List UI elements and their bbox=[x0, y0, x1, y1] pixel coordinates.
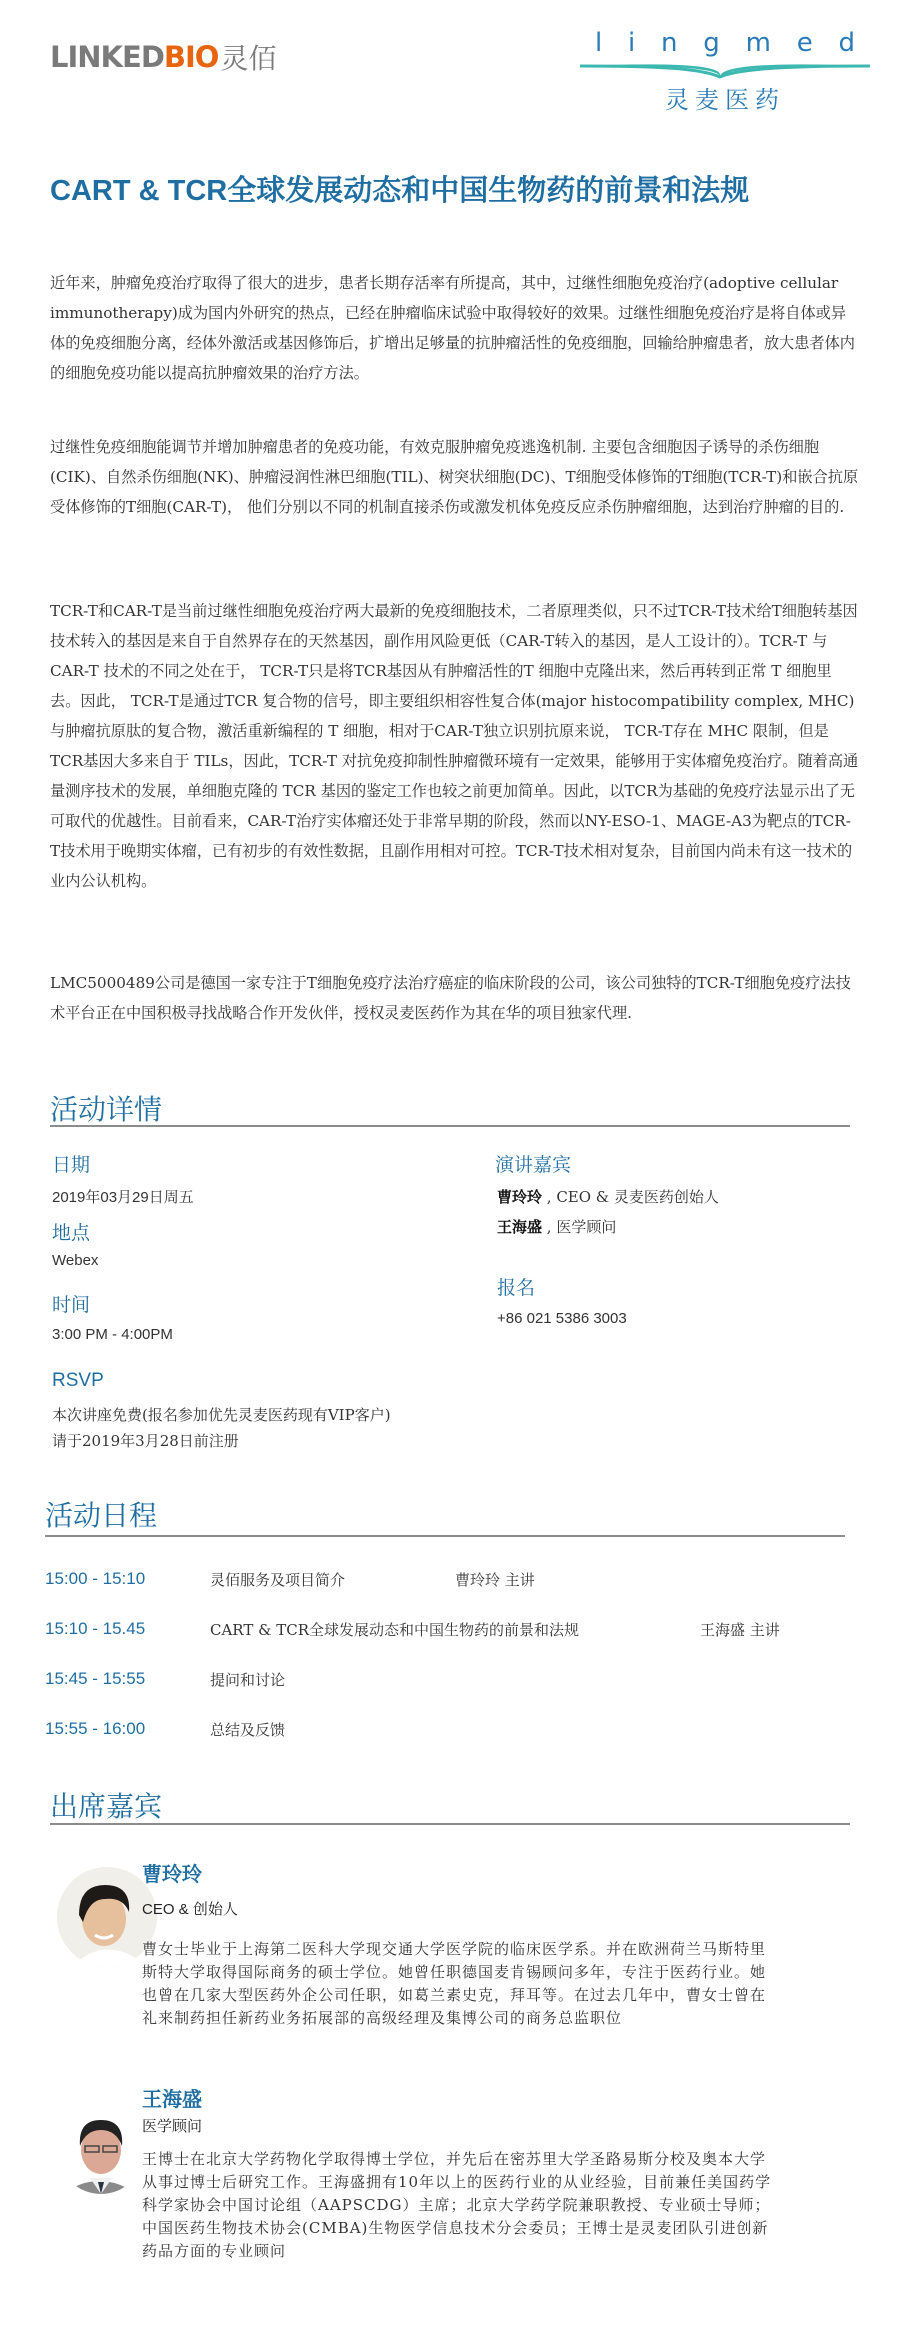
register-label: 报名 bbox=[497, 1273, 535, 1300]
schedule-topic: 灵佰服务及项目简介 bbox=[210, 1569, 345, 1590]
schedule-speaker: 曹玲玲 主讲 bbox=[455, 1569, 535, 1590]
speaker-item: 王海盛 , 医学顾问 bbox=[497, 1216, 616, 1237]
intro-paragraph-3: TCR-T和CAR-T是当前过继性细胞免疫治疗两大最新的免疫细胞技术，二者原理类… bbox=[50, 596, 860, 896]
person-photo-icon bbox=[58, 2108, 144, 2194]
rsvp-label: RSVP bbox=[52, 1370, 104, 1392]
schedule-row: 15:55 - 16:00 总结及反馈 bbox=[45, 1717, 285, 1741]
rsvp-line-1: 本次讲座免费(报名参加优先灵麦医药现有VIP客户) bbox=[52, 1404, 391, 1425]
lingmed-swoosh-icon bbox=[575, 60, 875, 82]
schedule-row: 15:00 - 15:10 灵佰服务及项目简介 曹玲玲 主讲 bbox=[45, 1567, 345, 1591]
schedule-time: 15:55 - 16:00 bbox=[45, 1719, 210, 1739]
intro-paragraph-2: 过继性免疫细胞能调节并增加肿瘤患者的免疫功能，有效克服肿瘤免疫逃逸机制. 主要包… bbox=[50, 432, 860, 522]
page-title: CART & TCR全球发展动态和中国生物药的前景和法规 bbox=[50, 168, 749, 209]
logo-cn-text: 灵佰 bbox=[220, 37, 276, 77]
details-section-title: 活动详情 bbox=[50, 1088, 162, 1128]
guest-bio: 曹女士毕业于上海第二医科大学现交通大学医学院的临床医学系。并在欧洲荷兰马斯特里斯… bbox=[142, 1938, 777, 2030]
guest-role: 医学顾问 bbox=[142, 2115, 202, 2136]
date-label: 日期 bbox=[52, 1150, 90, 1177]
lingmed-letters: l i n g m e d bbox=[595, 28, 855, 58]
date-value: 2019年03月29日周五 bbox=[52, 1186, 194, 1207]
speaker-role: , 医学顾问 bbox=[542, 1218, 616, 1236]
intro-paragraph-1: 近年来，肿瘤免疫治疗取得了很大的进步，患者长期存活率有所提高，其中，过继性细胞免… bbox=[50, 268, 860, 388]
schedule-topic: 提问和讨论 bbox=[210, 1669, 285, 1690]
schedule-time: 15:10 - 15.45 bbox=[45, 1619, 210, 1639]
rsvp-line-2: 请于2019年3月28日前注册 bbox=[52, 1430, 239, 1451]
schedule-row: 15:45 - 15:55 提问和讨论 bbox=[45, 1667, 285, 1691]
speaker-name: 曹玲玲 bbox=[497, 1188, 542, 1206]
guests-section-title: 出席嘉宾 bbox=[50, 1785, 162, 1825]
schedule-divider bbox=[45, 1535, 845, 1537]
guest-bio: 王博士在北京大学药物化学取得博士学位，并先后在密苏里大学圣路易斯分校及奥本大学从… bbox=[142, 2148, 777, 2263]
speaker-name: 王海盛 bbox=[497, 1218, 542, 1236]
schedule-section-title: 活动日程 bbox=[45, 1494, 157, 1534]
avatar-wang-haisheng bbox=[58, 2108, 144, 2194]
intro-paragraph-4: LMC5000489公司是德国一家专注于T细胞免疫疗法治疗癌症的临床阶段的公司，… bbox=[50, 968, 860, 1028]
lingmed-cn-text: 灵麦医药 bbox=[575, 80, 875, 115]
details-divider bbox=[50, 1125, 850, 1127]
linkedbio-logo: LINKED BIO 灵佰 bbox=[50, 40, 276, 74]
speaker-role: , CEO & 灵麦医药创始人 bbox=[542, 1188, 719, 1206]
schedule-speaker: 王海盛 主讲 bbox=[700, 1619, 780, 1640]
location-label: 地点 bbox=[52, 1218, 90, 1245]
schedule-topic: 总结及反馈 bbox=[210, 1719, 285, 1740]
logo-linked-text: LINKED bbox=[50, 40, 164, 74]
guests-divider bbox=[50, 1823, 850, 1825]
lingmed-logo: l i n g m e d 灵麦医药 bbox=[575, 28, 875, 118]
schedule-topic: CART & TCR全球发展动态和中国生物药的前景和法规 bbox=[210, 1619, 579, 1640]
speakers-label: 演讲嘉宾 bbox=[495, 1150, 571, 1177]
speaker-item: 曹玲玲 , CEO & 灵麦医药创始人 bbox=[497, 1186, 719, 1207]
guest-name: 曹玲玲 bbox=[142, 1858, 202, 1887]
schedule-time: 15:45 - 15:55 bbox=[45, 1669, 210, 1689]
schedule-time: 15:00 - 15:10 bbox=[45, 1569, 210, 1589]
logo-bio-text: BIO bbox=[164, 40, 219, 74]
schedule-row: 15:10 - 15.45 CART & TCR全球发展动态和中国生物药的前景和… bbox=[45, 1617, 579, 1641]
guest-role: CEO & 创始人 bbox=[142, 1898, 238, 1919]
location-value: Webex bbox=[52, 1252, 98, 1269]
guest-name: 王海盛 bbox=[142, 2083, 202, 2112]
register-phone[interactable]: +86 021 5386 3003 bbox=[497, 1310, 627, 1327]
time-value: 3:00 PM - 4:00PM bbox=[52, 1326, 173, 1343]
time-label: 时间 bbox=[52, 1290, 90, 1317]
